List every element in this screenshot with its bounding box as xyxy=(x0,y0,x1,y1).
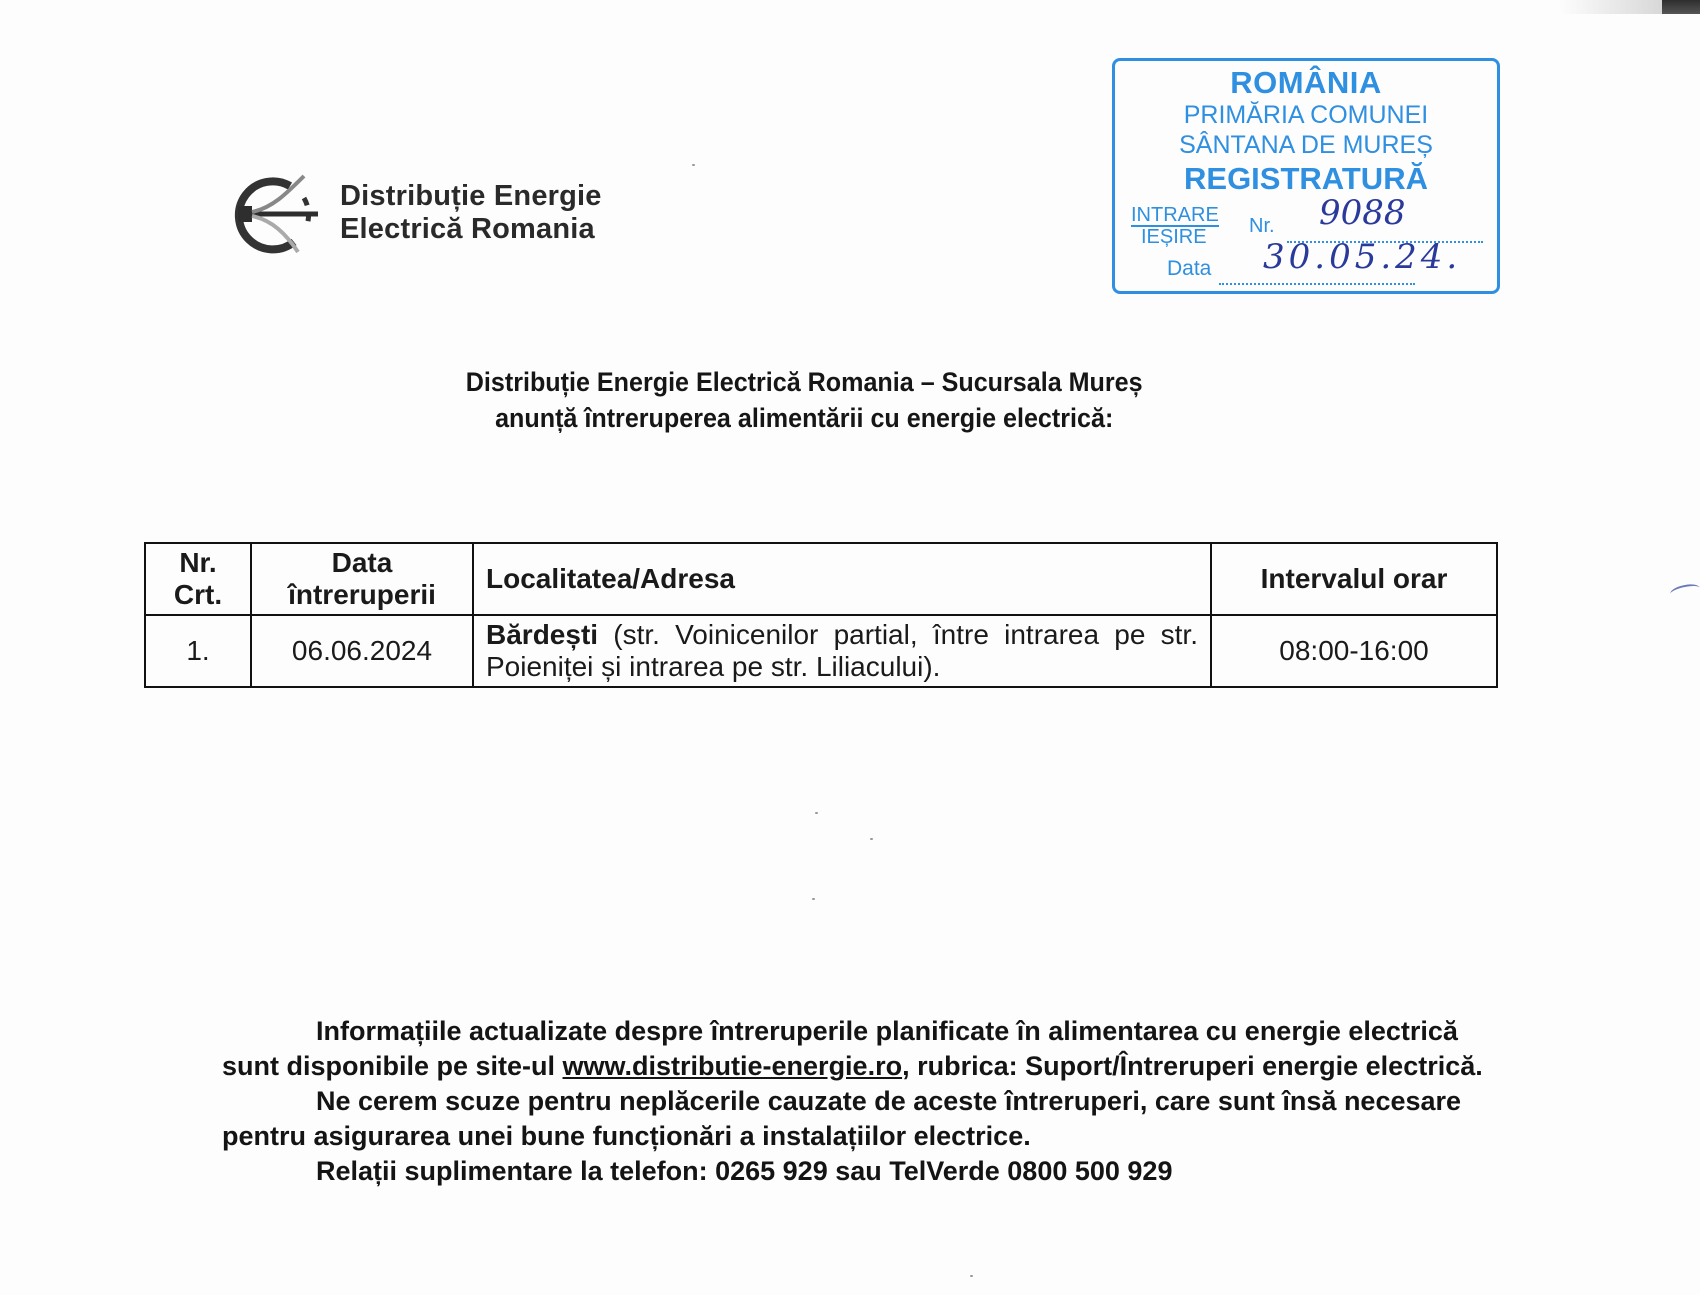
header-date-line-1: Data xyxy=(332,547,393,578)
stamp-institution: PRIMĂRIA COMUNEI xyxy=(1115,101,1497,130)
scan-speck xyxy=(692,164,695,166)
header-date-line-2: întreruperii xyxy=(288,579,436,610)
info-paragraph-apology: Ne cerem scuze pentru neplăcerile cauzat… xyxy=(222,1084,1502,1154)
stamp-department: REGISTRATURĂ xyxy=(1115,161,1497,197)
pen-mark xyxy=(1669,582,1700,600)
stamp-country: ROMÂNIA xyxy=(1115,65,1497,101)
logo-line-2: Electrică Romania xyxy=(340,213,602,246)
logo-wordmark: Distribuție Energie Electrică Romania xyxy=(340,180,602,246)
stamp-locality: SÂNTANA DE MUREȘ xyxy=(1115,131,1497,160)
stamp-data-value: 30.05.24. xyxy=(1263,237,1461,277)
header-interval: Intervalul orar xyxy=(1211,543,1497,615)
registration-stamp: ROMÂNIA PRIMĂRIA COMUNEI SÂNTANA DE MURE… xyxy=(1112,58,1500,294)
info-p1-end: , rubrica: Suport/Întreruperi energie el… xyxy=(902,1051,1483,1081)
cell-locality: Bărdești xyxy=(486,619,598,650)
cell-date: 06.06.2024 xyxy=(251,615,473,687)
cell-interval: 08:00-16:00 xyxy=(1211,615,1497,687)
logo-line-1: Distribuție Energie xyxy=(340,180,602,213)
header-nr-line-2: Crt. xyxy=(174,579,222,610)
stamp-intrare-label: INTRARE xyxy=(1131,205,1219,227)
stamp-data-label: Data xyxy=(1167,257,1211,281)
company-logo: Distribuție Energie Electrică Romania xyxy=(232,172,652,256)
stamp-nr-value: 9088 xyxy=(1319,193,1406,233)
info-paragraph-website: Informațiile actualizate despre întrerup… xyxy=(222,1014,1502,1084)
website-link[interactable]: www.distributie-energie.ro xyxy=(563,1051,903,1081)
scan-speck xyxy=(870,838,873,840)
header-date: Data întreruperii xyxy=(251,543,473,615)
scan-speck xyxy=(970,1275,973,1277)
info-section: Informațiile actualizate despre întrerup… xyxy=(222,1014,1502,1189)
scan-edge-shadow xyxy=(1560,0,1662,14)
announcement-heading: Distribuție Energie Electrică Romania – … xyxy=(60,364,1548,436)
dee-logo-icon xyxy=(232,172,322,256)
info-paragraph-contact: Relații suplimentare la telefon: 0265 92… xyxy=(222,1154,1502,1189)
header-nr: Nr. Crt. xyxy=(145,543,251,615)
stamp-direction: INTRARE IEȘIRE xyxy=(1131,205,1219,247)
scan-speck xyxy=(815,812,818,814)
header-address: Localitatea/Adresa xyxy=(473,543,1211,615)
stamp-iesire-label: IEȘIRE xyxy=(1131,226,1207,248)
scan-edge-bar xyxy=(1662,0,1700,14)
table-header-row: Nr. Crt. Data întreruperii Localitatea/A… xyxy=(145,543,1497,615)
cell-address: Bărdești (str. Voinicenilor partial, înt… xyxy=(473,615,1211,687)
header-nr-line-1: Nr. xyxy=(179,547,216,578)
cell-nr: 1. xyxy=(145,615,251,687)
outage-table: Nr. Crt. Data întreruperii Localitatea/A… xyxy=(144,542,1498,688)
heading-line-2: anunță întreruperea alimentării cu energ… xyxy=(60,400,1548,436)
scan-speck xyxy=(812,898,815,900)
stamp-data-underline xyxy=(1219,283,1415,285)
heading-line-1: Distribuție Energie Electrică Romania – … xyxy=(60,364,1548,400)
stamp-nr-label: Nr. xyxy=(1249,215,1275,238)
table-row: 1. 06.06.2024 Bărdești (str. Voinicenilo… xyxy=(145,615,1497,687)
